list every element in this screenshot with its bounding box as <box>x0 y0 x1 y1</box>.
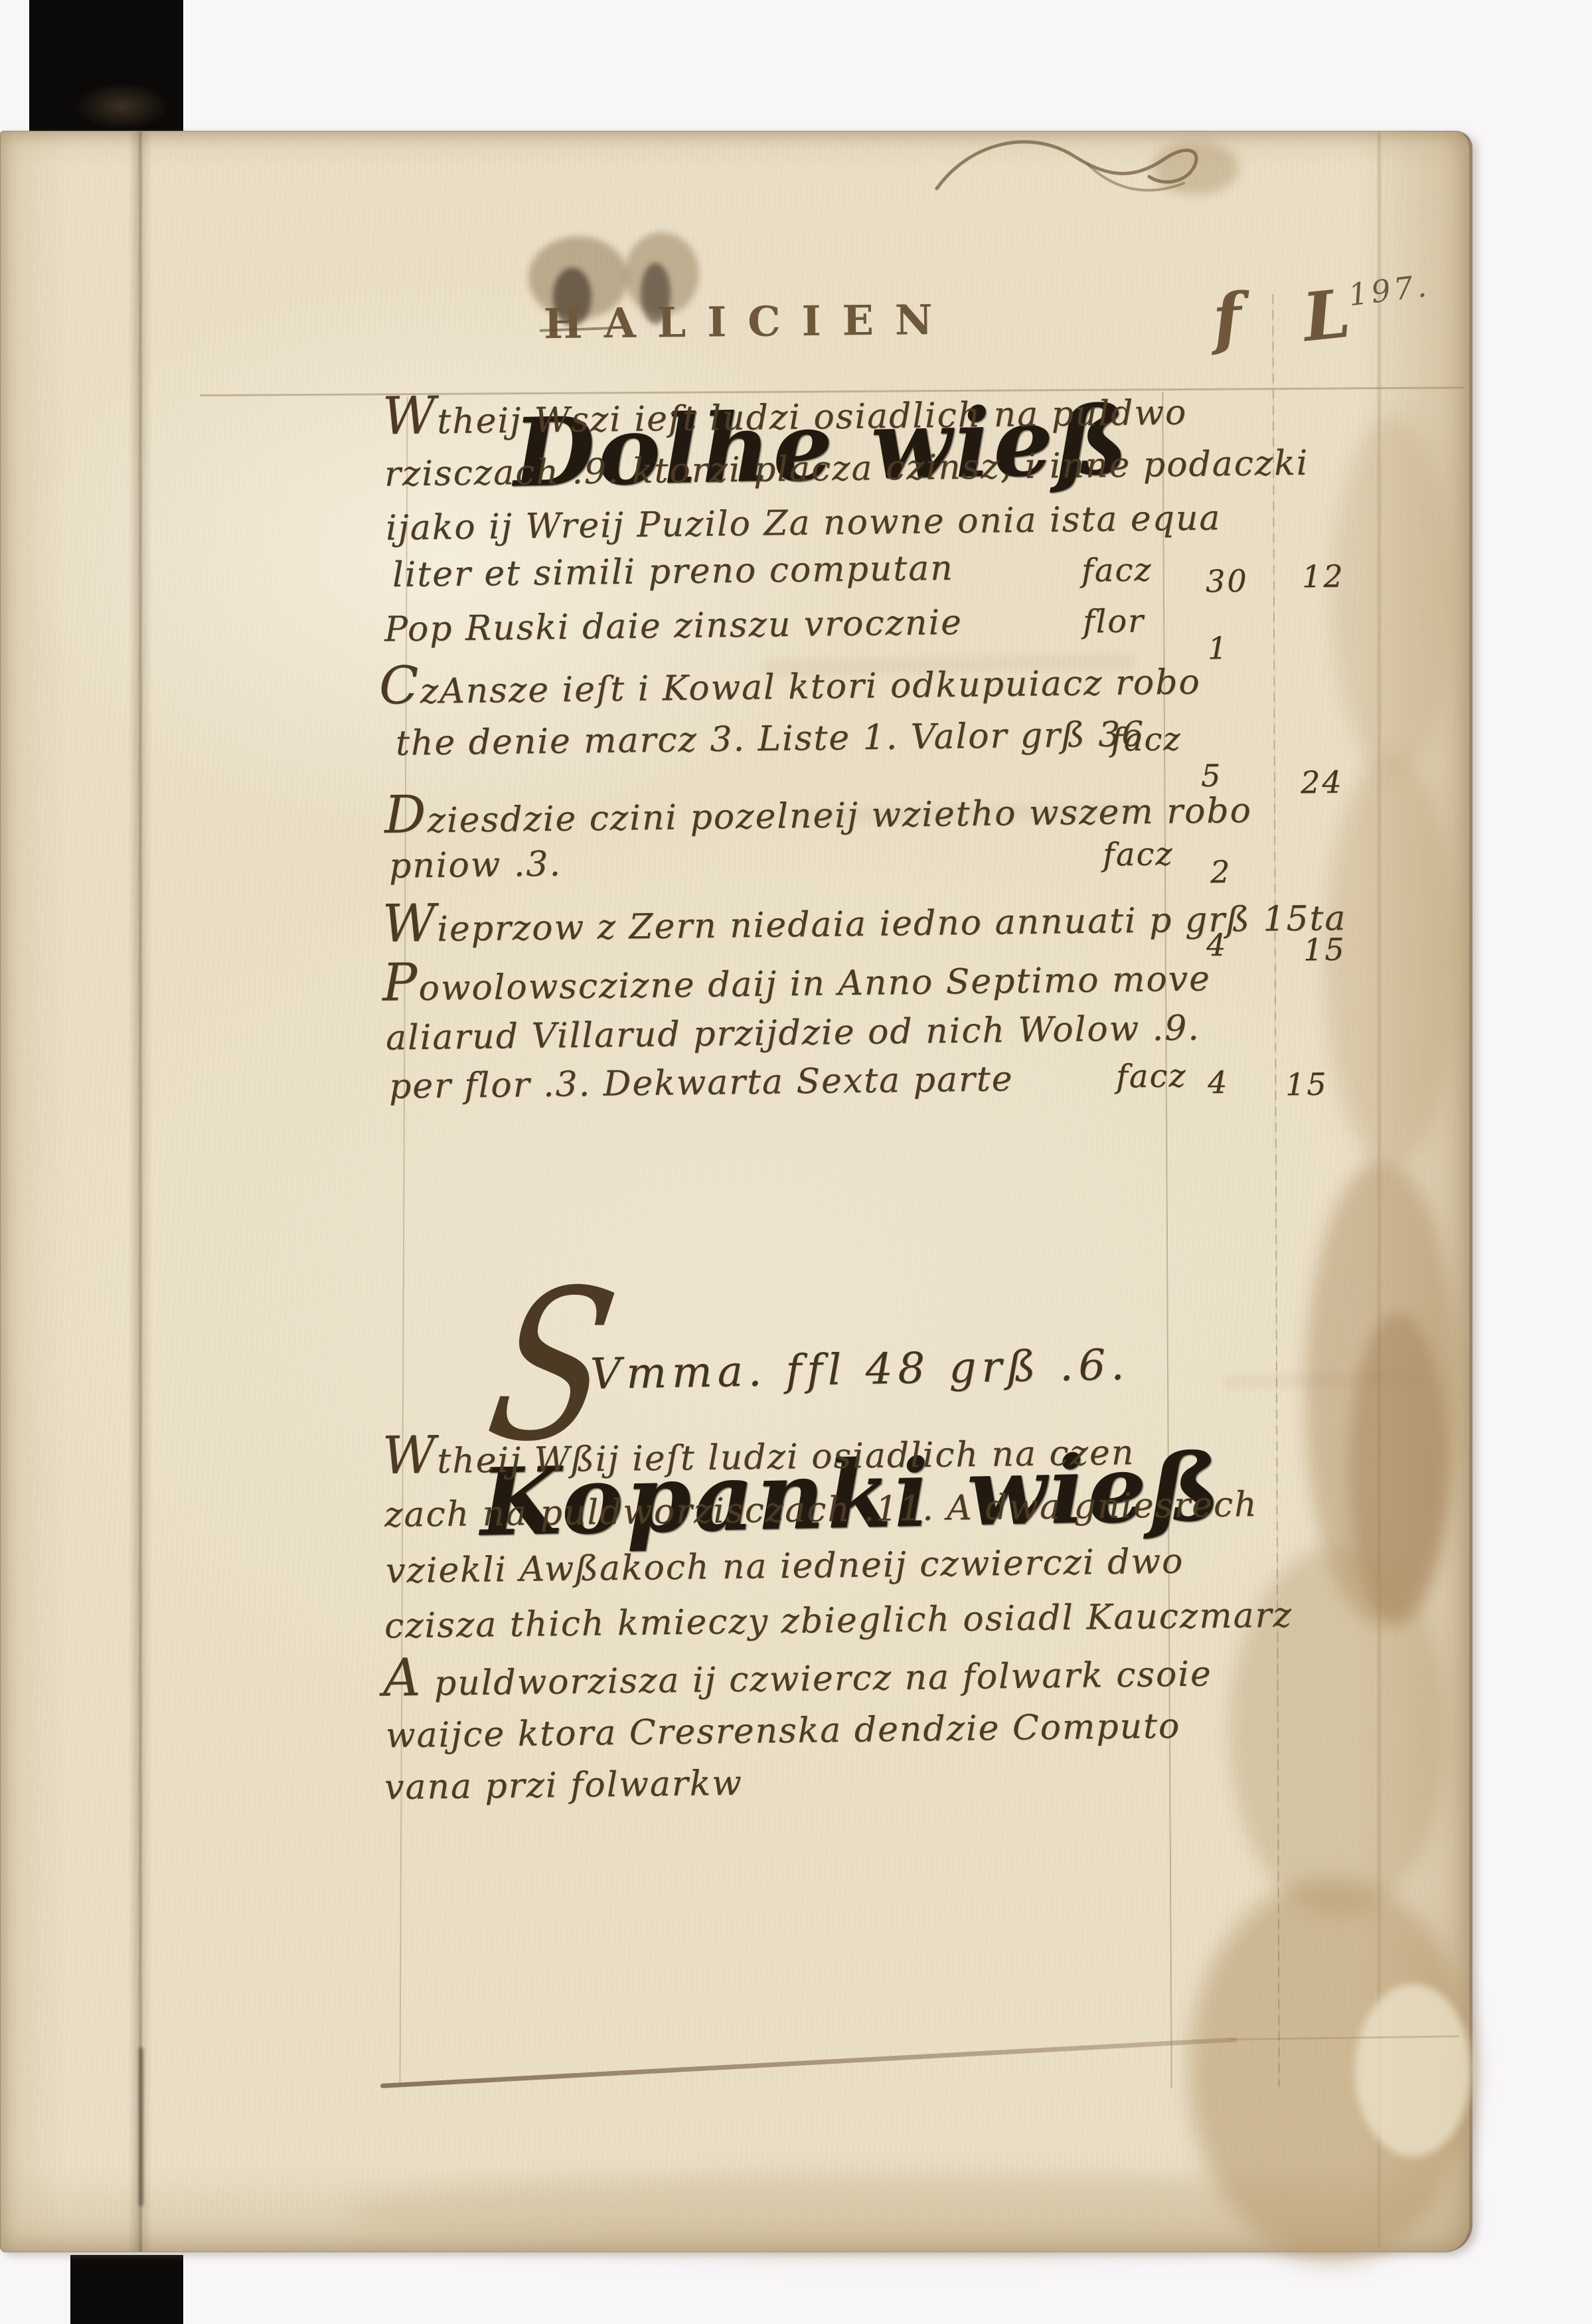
manuscript-line: the denie marcz 3. Liste 1. Valor grß 36 <box>396 714 1145 764</box>
manuscript-line: Wtheij Wßij ieſt ludzi osiadlich na czen <box>382 1429 1135 1482</box>
florin-value: 30 <box>1206 563 1249 600</box>
manuscript-line: Wieprzow z Zern niedaia iedno annuati p … <box>382 894 1347 950</box>
manuscript-line: pniow .3. <box>389 844 562 886</box>
summa-line: Vmma. ffl 48 grß .6. <box>590 1341 1130 1399</box>
running-header: HALICIEN <box>544 295 954 348</box>
grossi-value: 24 <box>1301 764 1344 801</box>
manuscript-line: czisza thich kmieczy zbieglich osiadl Ka… <box>384 1596 1293 1647</box>
manuscript-line: CzAnsze ieſt i Kowal ktori odkupuiacz ro… <box>379 658 1201 712</box>
stain <box>346 2170 1474 2256</box>
florin-value: 4 <box>1208 1064 1230 1100</box>
binding-tape-top <box>29 0 183 134</box>
manuscript-line: Dziesdzie czini pozelneij wzietho wszem … <box>384 787 1253 841</box>
facit-label: facz <box>1081 551 1153 589</box>
manuscript-line: liter et simili preno computan <box>392 548 954 595</box>
header-flourish-icon <box>930 124 1216 216</box>
florin-value: 1 <box>1208 630 1230 666</box>
facit-label: facz <box>1111 720 1182 758</box>
column-header-floreni: f <box>1210 278 1244 359</box>
manuscript-scan: HALICIEN f L 197. Dolhe wieß Wtheij Wszi… <box>0 0 1592 2324</box>
ruled-line-florin-column <box>1162 392 1172 2088</box>
facit-label: facz <box>1116 1057 1187 1095</box>
gutter-crease <box>128 131 152 2252</box>
florin-value: 2 <box>1210 854 1232 890</box>
binding-tape-bottom <box>70 2255 183 2324</box>
grossi-value: 15 <box>1285 1066 1328 1103</box>
manuscript-line: Powolowsczizne daij in Anno Septimo move <box>382 955 1212 1009</box>
gutter-crease-dark <box>139 2047 143 2206</box>
manuscript-line: vana przi folwarkw <box>384 1764 743 1808</box>
manuscript-line: Pop Ruski daie zinszu vrocznie <box>384 603 963 650</box>
grossi-value: 15 <box>1303 932 1346 968</box>
torn-corner-light-patch <box>1355 1984 1471 2157</box>
column-header-grossi: L <box>1299 274 1354 357</box>
manuscript-line: waijce ktora Cresrenska dendzie Computo <box>386 1706 1181 1756</box>
ruled-line-bottom <box>380 2037 1237 2088</box>
manuscript-line: ijako ij Wreij Puzilo Za nowne onia ista… <box>386 498 1222 548</box>
manuscript-line: A puldworzisza ij czwiercz na folwark cs… <box>383 1650 1212 1704</box>
ruled-line-left-margin <box>399 397 408 2087</box>
manuscript-line: aliarud Villarud przijdzie od nich Wolow… <box>386 1009 1200 1058</box>
stain <box>1332 417 1455 776</box>
facit-label: facz <box>1103 835 1174 873</box>
manuscript-line: per flor .3. Dekwarta Sexta parte <box>389 1059 1014 1106</box>
facit-label: flor <box>1083 602 1145 640</box>
grossi-value: 12 <box>1302 558 1345 595</box>
manuscript-page: HALICIEN f L 197. Dolhe wieß Wtheij Wszi… <box>0 131 1473 2252</box>
folio-number: 197. <box>1346 268 1431 313</box>
